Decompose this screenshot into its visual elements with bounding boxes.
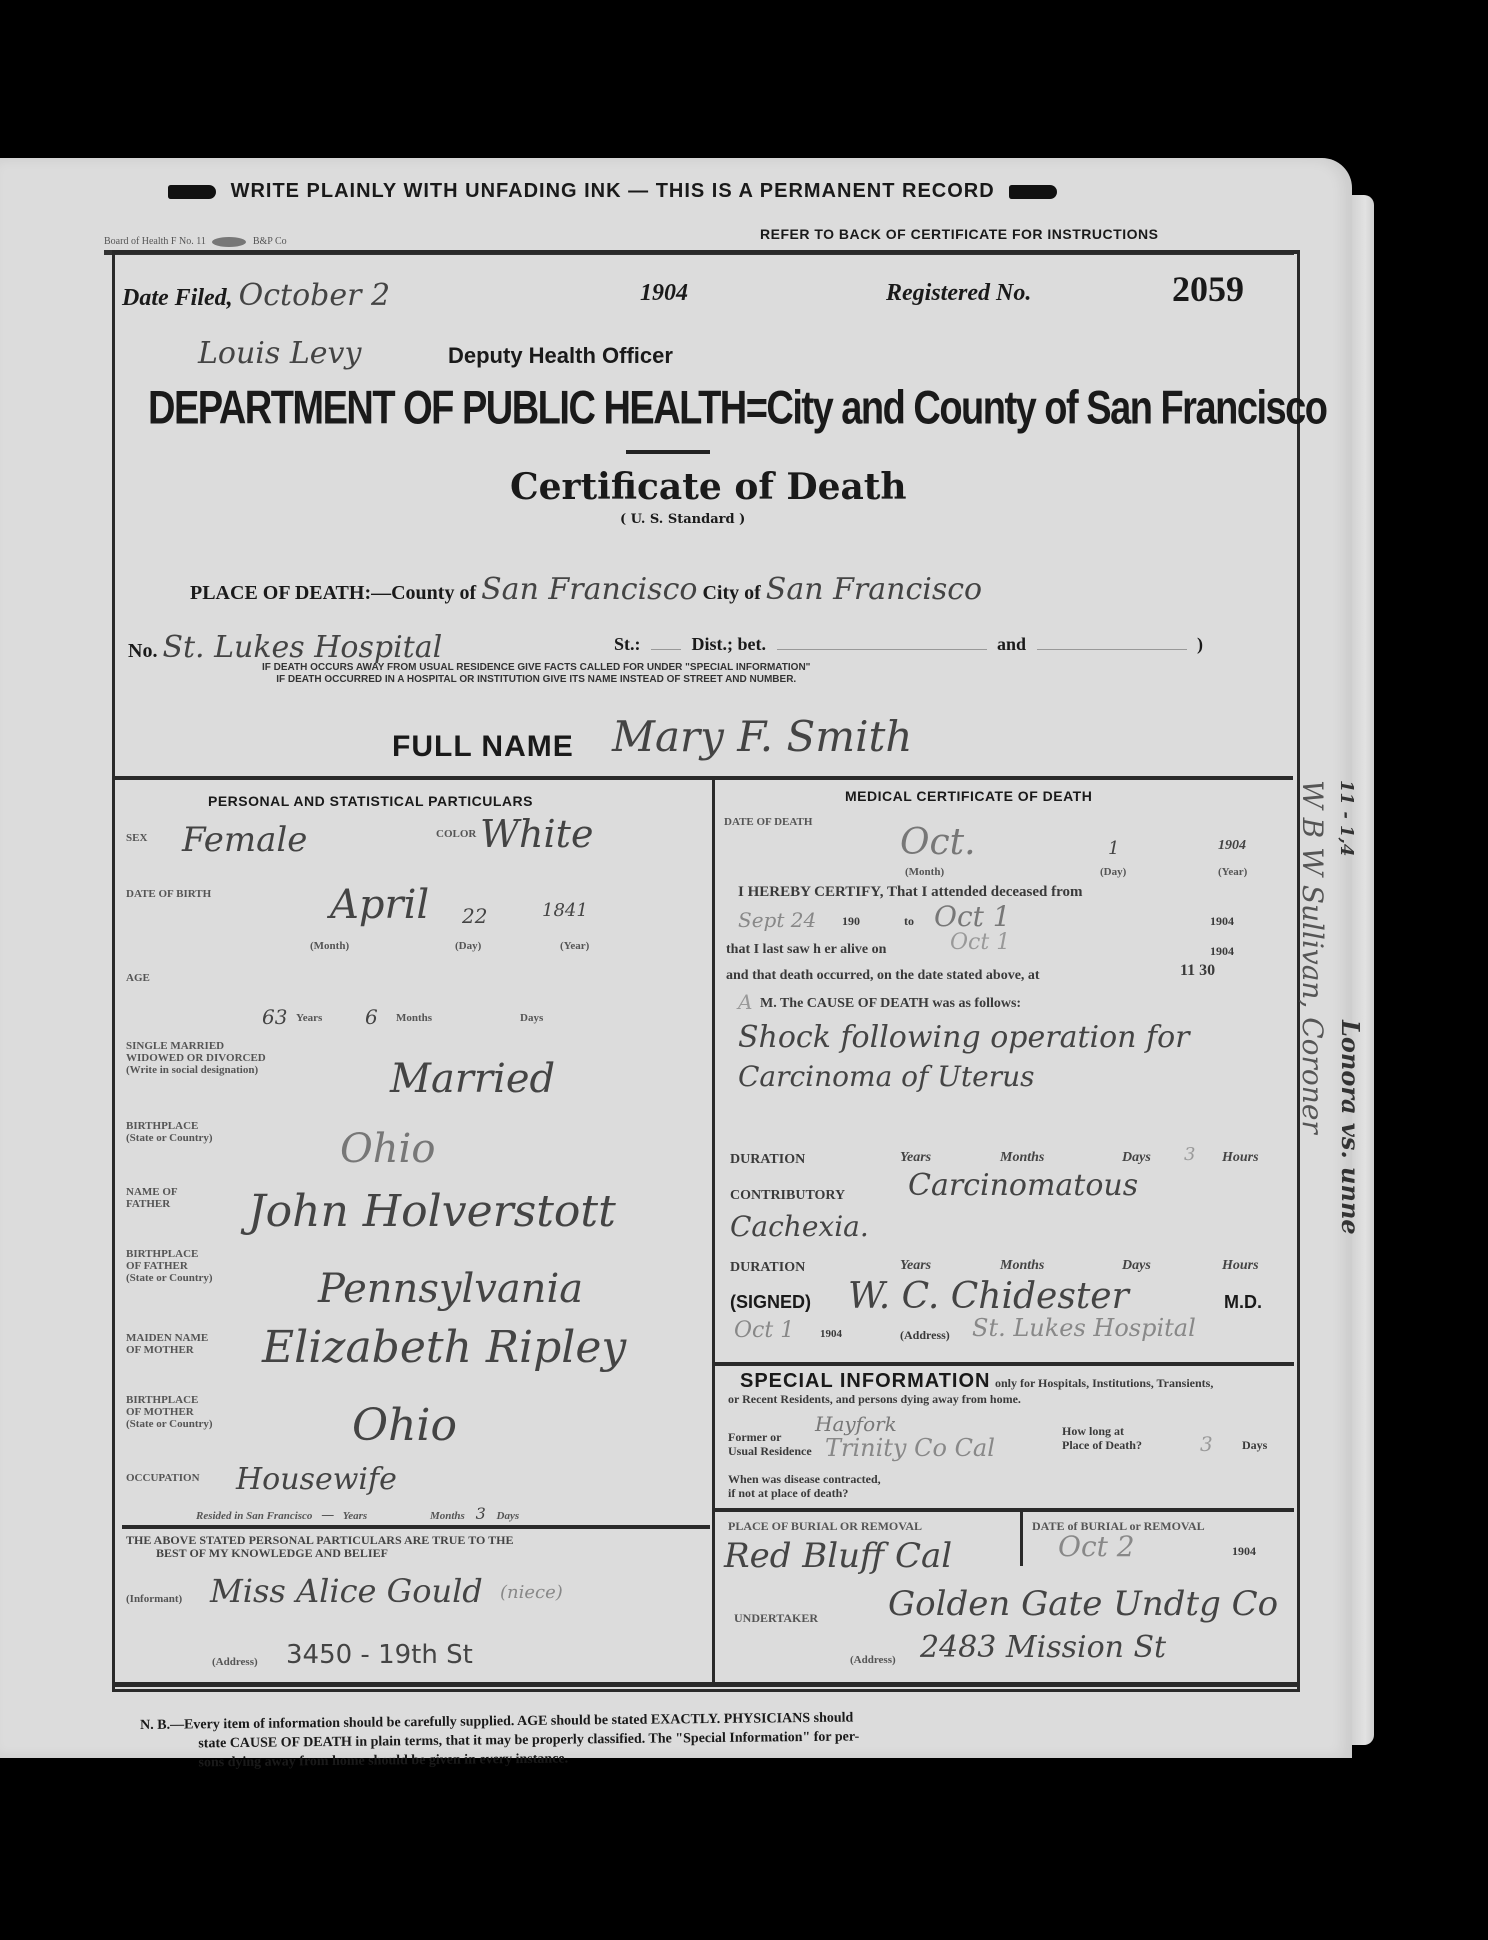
father-label-line-1: NAME OF <box>126 1186 178 1198</box>
physician-address-label: (Address) <box>900 1328 950 1343</box>
paper-edge <box>1352 195 1374 1745</box>
father-label: NAME OF FATHER <box>126 1186 178 1210</box>
dob-month: April <box>330 882 429 928</box>
registered-number: 2059 <box>1172 268 1244 310</box>
street-row: St.: Dist.; bet. and ) <box>614 634 1203 655</box>
burial-place-label: PLACE OF BURIAL OR REMOVAL <box>728 1520 922 1532</box>
duration2-hours-caption: Hours <box>1222 1258 1259 1274</box>
cause-line-2: Carcinoma of Uterus <box>738 1060 1035 1093</box>
duration2-label: DURATION <box>730 1260 805 1276</box>
bottom-rule <box>112 1682 1297 1687</box>
mother-bp-label-line-3: (State or Country) <box>126 1418 213 1430</box>
duration2-years-caption: Years <box>900 1258 931 1274</box>
birthplace-label: BIRTHPLACE (State or Country) <box>126 1120 213 1144</box>
occupation-label: OCCUPATION <box>126 1472 200 1484</box>
department-title: DEPARTMENT OF PUBLIC HEALTH=City and Cou… <box>148 382 1327 436</box>
resided-days-caption: Days <box>497 1510 520 1522</box>
personal-heading: PERSONAL AND STATISTICAL PARTICULARS <box>208 793 533 809</box>
burial-place-value: Red Bluff Cal <box>724 1536 952 1576</box>
contributory-line-1: Carcinomatous <box>908 1168 1138 1203</box>
county-value: San Francisco <box>481 572 697 607</box>
duration-hours: 3 <box>1184 1144 1195 1165</box>
dob-day: 22 <box>462 904 487 928</box>
place-note-line-1: IF DEATH OCCURS AWAY FROM USUAL RESIDENC… <box>262 662 810 674</box>
residence-label-line-2: Usual Residence <box>728 1444 812 1458</box>
signed-date: Oct 1 <box>734 1318 794 1343</box>
birthplace-label-line-1: BIRTHPLACE <box>126 1120 213 1132</box>
death-date-label: DATE OF DEATH <box>724 816 812 828</box>
margin-note-coroner: W B W Sullivan, Coroner <box>1296 780 1329 1134</box>
residence-value-1: Hayfork <box>815 1412 897 1436</box>
date-filed-row: Date Filed, October 2 <box>122 278 390 313</box>
informant-statement: THE ABOVE STATED PERSONAL PARTICULARS AR… <box>126 1534 513 1560</box>
margin-note-number: 11 - 1,4 <box>1336 780 1357 856</box>
no-label: No. <box>128 640 157 662</box>
informant-address-label: (Address) <box>212 1656 258 1668</box>
special-rule <box>714 1362 1294 1366</box>
cause-line-1: Shock following operation for <box>738 1020 1190 1055</box>
and-blank <box>1037 649 1187 650</box>
physician-signature: W. C. Chidester <box>848 1276 1129 1317</box>
duration2-months-caption: Months <box>1000 1258 1044 1274</box>
contracted-label-line-2: if not at place of death? <box>728 1486 881 1500</box>
mother-label-line-2: OF MOTHER <box>126 1344 208 1356</box>
day-caption: (Day) <box>455 940 481 952</box>
marital-value: Married <box>390 1056 555 1102</box>
printer-note: B&P Co <box>253 236 287 247</box>
age-months-caption: Months <box>396 1012 432 1024</box>
certificate-title: Certificate of Death <box>510 466 907 508</box>
board-of-health-note: Board of Health F No. 11 B&P Co <box>104 236 287 247</box>
contracted-label-line-1: When was disease contracted, <box>728 1472 881 1486</box>
special-heading-note: only for Hospitals, Institutions, Transi… <box>995 1376 1213 1390</box>
father-bp-label-line-3: (State or Country) <box>126 1272 213 1284</box>
address-row: No. St. Lukes Hospital <box>128 630 442 665</box>
last-saw-year: 1904 <box>1210 944 1234 959</box>
physician-address: St. Lukes Hospital <box>972 1314 1196 1342</box>
death-day-caption: (Day) <box>1100 866 1126 878</box>
month-caption: (Month) <box>310 940 349 952</box>
color-label: COLOR <box>436 828 476 840</box>
filed-year: 1904 <box>640 280 688 307</box>
banner-separator: — <box>628 180 649 202</box>
burial-rule <box>714 1508 1294 1512</box>
mother-birthplace-value: Ohio <box>352 1400 457 1451</box>
how-long-label: How long at Place of Death? <box>1062 1424 1142 1452</box>
medical-heading: MEDICAL CERTIFICATE OF DEATH <box>845 788 1092 804</box>
resided-months-caption: Months <box>430 1510 465 1522</box>
institution-value: St. Lukes Hospital <box>162 630 442 665</box>
street-blank <box>651 649 681 650</box>
how-long-value: 3 <box>1200 1432 1213 1456</box>
place-of-death-label: PLACE OF DEATH:—County of <box>190 582 476 604</box>
death-year-caption: (Year) <box>1218 866 1247 878</box>
pointing-hand-icon <box>168 185 216 199</box>
burial-date-year: 1904 <box>1232 1544 1256 1559</box>
residence-label: Former or Usual Residence <box>728 1430 812 1458</box>
resided-label: Resided in San Francisco <box>196 1510 312 1522</box>
pointing-hand-icon <box>1009 185 1057 199</box>
informant-address: 3450 - 19th St <box>286 1640 473 1670</box>
header-banner: WRITE PLAINLY WITH UNFADING INK — THIS I… <box>160 180 1065 203</box>
burial-date-value: Oct 2 <box>1058 1530 1135 1563</box>
father-bp-label-line-1: BIRTHPLACE <box>126 1248 213 1260</box>
city-label: City of <box>702 582 760 604</box>
color-value: White <box>480 812 593 856</box>
md-label: M.D. <box>1224 1292 1262 1313</box>
full-name-label: FULL NAME <box>392 730 574 764</box>
and-label: and <box>997 634 1026 654</box>
undertaker-value: Golden Gate Undtg Co <box>888 1584 1278 1624</box>
resided-years-caption: Years <box>343 1510 367 1522</box>
how-long-unit: Days <box>1242 1438 1267 1453</box>
occupation-value: Housewife <box>236 1462 397 1497</box>
mother-bp-label-line-1: BIRTHPLACE <box>126 1394 213 1406</box>
officer-title: Deputy Health Officer <box>448 343 673 369</box>
signed-label: (SIGNED) <box>730 1292 811 1313</box>
statement-line-2: BEST OF MY KNOWLEDGE AND BELIEF <box>126 1547 513 1560</box>
marital-label-line-2: WIDOWED OR DIVORCED <box>126 1052 266 1064</box>
age-months: 6 <box>365 1005 378 1029</box>
age-label: AGE <box>126 972 150 984</box>
sex-label: SEX <box>126 832 147 844</box>
contributory-label: CONTRIBUTORY <box>730 1188 845 1204</box>
officer-signature: Louis Levy <box>198 336 361 371</box>
date-filed-label: Date Filed, <box>122 285 233 311</box>
margin-note-case: Lonora vs. unne <box>1336 1020 1365 1235</box>
registered-label: Registered No. <box>886 280 1031 307</box>
father-birthplace-value: Pennsylvania <box>318 1266 583 1312</box>
how-long-label-line-2: Place of Death? <box>1062 1438 1142 1452</box>
occurred-text: and that death occurred, on the date sta… <box>726 968 1040 984</box>
resided-years: — <box>321 1508 334 1523</box>
attended-from: Sept 24 <box>738 908 816 932</box>
title-rule <box>626 450 710 454</box>
attended-to: Oct 1 <box>934 900 1011 933</box>
mother-label: MAIDEN NAME OF MOTHER <box>126 1332 208 1356</box>
birthplace-value: Ohio <box>340 1126 435 1172</box>
section-rule <box>115 776 1293 780</box>
marital-label-line-3: (Write in social designation) <box>126 1064 266 1076</box>
contributory-line-2: Cachexia. <box>730 1210 869 1243</box>
attended-from-year: 190 <box>842 914 860 929</box>
city-value: San Francisco <box>766 572 982 607</box>
date-filed-value: October 2 <box>239 278 390 313</box>
father-label-line-2: FATHER <box>126 1198 178 1210</box>
father-birthplace-label: BIRTHPLACE OF FATHER (State or Country) <box>126 1248 213 1284</box>
death-day: 1 <box>1108 838 1119 859</box>
resided-row: Resided in San Francisco — Years Months … <box>196 1504 519 1523</box>
duration-days-caption: Days <box>1122 1150 1151 1166</box>
dob-year: 1841 <box>542 900 588 921</box>
mother-birthplace-label: BIRTHPLACE OF MOTHER (State or Country) <box>126 1394 213 1430</box>
informant-label: (Informant) <box>126 1593 182 1605</box>
printer-seal-icon <box>212 237 246 247</box>
informant-relation: (niece) <box>500 1582 563 1603</box>
column-divider <box>712 780 715 1683</box>
informant-rule <box>122 1525 710 1529</box>
district-blank <box>777 649 987 650</box>
special-heading-row: SPECIAL INFORMATION only for Hospitals, … <box>740 1370 1213 1393</box>
death-year: 1904 <box>1218 838 1246 854</box>
street-label: St.: <box>614 634 641 654</box>
last-saw-text: that I last saw h er alive on <box>726 942 886 958</box>
refer-instructions: REFER TO BACK OF CERTIFICATE FOR INSTRUC… <box>760 226 1158 242</box>
place-of-death-row: PLACE OF DEATH:—County of San Francisco … <box>190 572 982 607</box>
burial-divider <box>1020 1510 1023 1566</box>
duration2-days-caption: Days <box>1122 1258 1151 1274</box>
residence-label-line-1: Former or <box>728 1430 812 1444</box>
banner-right-text: THIS IS A PERMANENT RECORD <box>656 180 995 202</box>
banner-left-text: WRITE PLAINLY WITH UNFADING INK <box>231 180 622 202</box>
marital-label-line-1: SINGLE MARRIED <box>126 1040 266 1052</box>
how-long-label-line-1: How long at <box>1062 1424 1142 1438</box>
age-days-caption: Days <box>520 1012 543 1024</box>
year-caption: (Year) <box>560 940 589 952</box>
resided-days: 3 <box>476 1504 486 1523</box>
marital-label: SINGLE MARRIED WIDOWED OR DIVORCED (Writ… <box>126 1040 266 1076</box>
sex-value: Female <box>182 820 307 860</box>
special-heading-note-2: or Recent Residents, and persons dying a… <box>728 1392 1021 1407</box>
close-paren: ) <box>1197 634 1203 654</box>
age-years-caption: Years <box>296 1012 322 1024</box>
board-note: Board of Health F No. 11 <box>104 236 206 247</box>
full-name-value: Mary F. Smith <box>612 712 912 761</box>
age-years: 63 <box>262 1005 287 1029</box>
informant-name: Miss Alice Gould <box>210 1572 483 1610</box>
undertaker-label: UNDERTAKER <box>734 1612 818 1624</box>
attended-to-year: 1904 <box>1210 914 1234 929</box>
dob-label: DATE OF BIRTH <box>126 888 211 900</box>
mother-value: Elizabeth Ripley <box>262 1322 626 1373</box>
last-saw-date: Oct 1 <box>950 930 1010 955</box>
duration-hours-caption: Hours <box>1222 1150 1259 1166</box>
place-note: IF DEATH OCCURS AWAY FROM USUAL RESIDENC… <box>262 662 810 686</box>
undertaker-address-label: (Address) <box>850 1654 896 1666</box>
certify-text: I HEREBY CERTIFY, That I attended deceas… <box>738 884 1083 901</box>
contracted-label: When was disease contracted, if not at p… <box>728 1472 881 1500</box>
district-label: Dist.; bet. <box>692 634 767 654</box>
death-month: Oct. <box>900 822 976 863</box>
mother-label-line-1: MAIDEN NAME <box>126 1332 208 1344</box>
duration-label: DURATION <box>730 1152 805 1168</box>
residence-value-2: Trinity Co Cal <box>825 1434 995 1462</box>
special-heading: SPECIAL INFORMATION <box>740 1370 990 1392</box>
duration-months-caption: Months <box>1000 1150 1044 1166</box>
duration-years-caption: Years <box>900 1150 931 1166</box>
death-month-caption: (Month) <box>905 866 944 878</box>
undertaker-address: 2483 Mission St <box>920 1630 1166 1665</box>
place-note-line-2: IF DEATH OCCURRED IN A HOSPITAL OR INSTI… <box>262 674 810 686</box>
mother-bp-label-line-2: OF MOTHER <box>126 1406 213 1418</box>
cause-intro: M. The CAUSE OF DEATH was as follows: <box>760 996 1021 1012</box>
father-bp-label-line-2: OF FATHER <box>126 1260 213 1272</box>
death-time: 11 30 <box>1180 962 1215 980</box>
birthplace-label-line-2: (State or Country) <box>126 1132 213 1144</box>
death-ampm: A <box>738 990 752 1014</box>
nb-footer: N. B.—Every item of information should b… <box>140 1705 1201 1773</box>
father-value: John Holverstott <box>248 1186 616 1237</box>
us-standard-label: ( U. S. Standard ) <box>620 512 745 527</box>
signed-year: 1904 <box>820 1328 842 1340</box>
to-label: to <box>904 914 914 929</box>
